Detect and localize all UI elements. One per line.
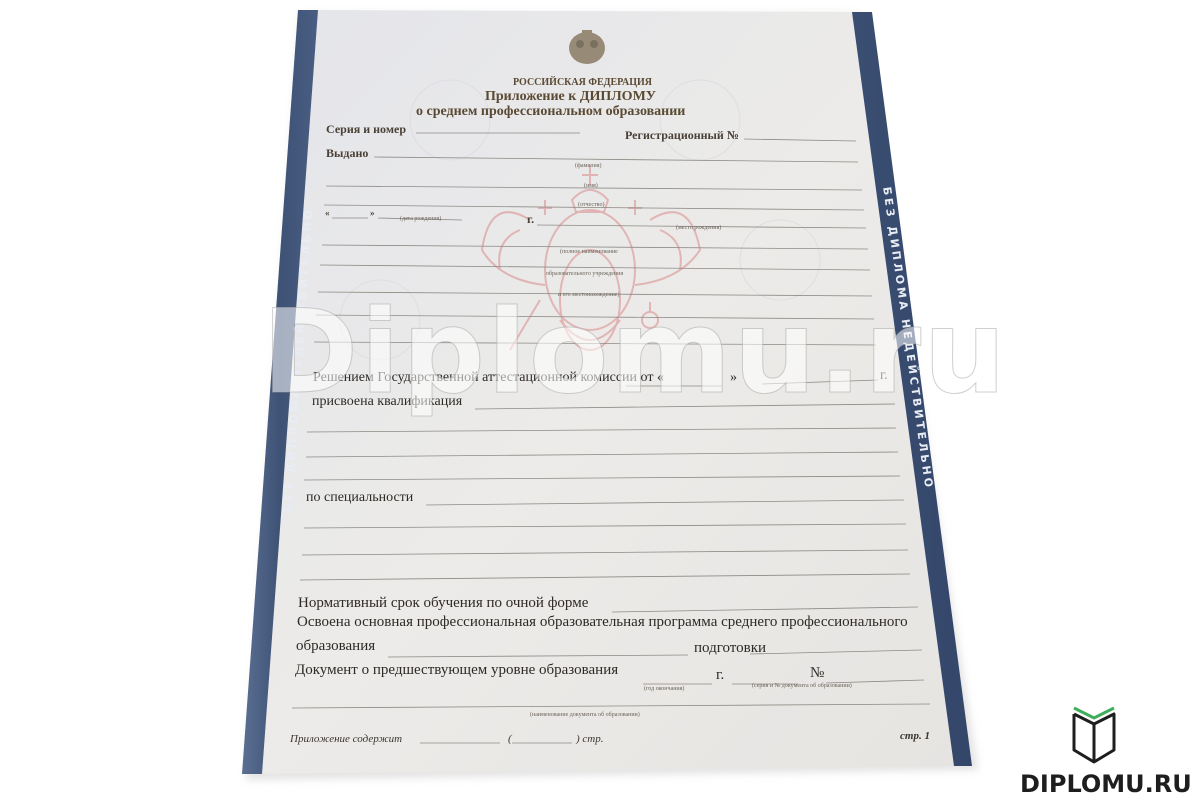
- site-watermark: Diplomu.ru: [262, 285, 1008, 420]
- series-number-label: Серия и номер: [326, 122, 406, 137]
- caption-doc-name: (наименование документа об образовании): [530, 712, 640, 718]
- caption-patronymic: (отчество): [578, 202, 604, 208]
- prior-document-label: Документ о предшествующем уровне образов…: [295, 662, 618, 679]
- caption-birth-place: (место рождения): [676, 225, 721, 231]
- registration-number-label: Регистрационный №: [625, 128, 739, 143]
- page-number: стр. 1: [900, 730, 930, 742]
- caption-birth-date: (дата рождения): [400, 216, 441, 222]
- title-line-1: Приложение к ДИПЛОМУ: [485, 89, 656, 105]
- pages-paren-open: (: [508, 733, 512, 745]
- title-line-2: о среднем профессиональном образовании: [416, 104, 685, 120]
- number-sign: №: [810, 665, 824, 682]
- country-heading: РОССИЙСКАЯ ФЕДЕРАЦИЯ: [513, 77, 652, 88]
- contains-label: Приложение содержит: [290, 733, 402, 745]
- program-line-2: образования: [296, 638, 375, 655]
- issued-to-label: Выдано: [326, 146, 368, 161]
- birth-year-suffix: г.: [527, 212, 534, 227]
- specialty-label: по специальности: [306, 490, 413, 506]
- caption-graduation-year: (год окончания): [644, 686, 684, 692]
- quote-open: «: [325, 208, 330, 218]
- study-term-label: Нормативный срок обучения по очной форме: [298, 595, 588, 612]
- prior-year-suffix: г.: [716, 667, 724, 684]
- caption-institution-type: образовательного учреждения: [546, 271, 623, 277]
- caption-surname: (фамилия): [575, 163, 602, 169]
- program-line-1: Освоена основная профессиональная образо…: [297, 614, 908, 631]
- quote-close: »: [370, 208, 375, 218]
- pages-suffix: ) стр.: [576, 733, 604, 745]
- brand-name[interactable]: DIPLOMU.RU: [1020, 770, 1192, 798]
- caption-institution-full: (полное наименование: [560, 249, 618, 255]
- training-label: подготовки: [694, 640, 766, 657]
- photo-scene: РОССИЙСКАЯ ФЕДЕРАЦИЯ Приложение к ДИПЛОМ…: [0, 0, 1200, 800]
- caption-doc-series-number: (серия и № документа об образовании): [752, 683, 852, 689]
- caption-name: (имя): [584, 183, 598, 189]
